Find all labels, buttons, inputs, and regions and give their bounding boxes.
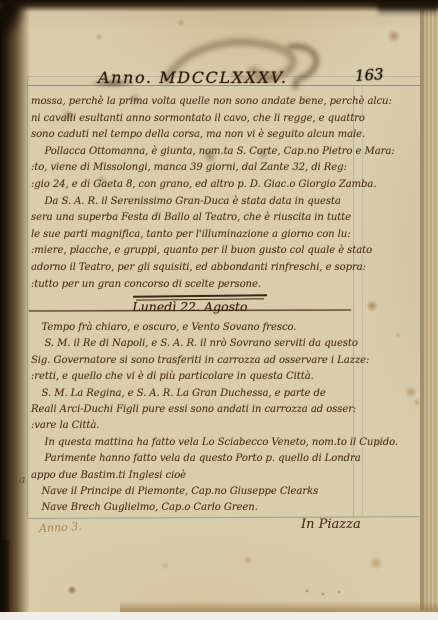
manuscript-line: adorno il Teatro, per gli squisiti, ed a…: [31, 259, 344, 276]
manuscript-line: Sig. Governatore si sono trasferiti in c…: [31, 352, 344, 368]
page-number: 163: [354, 65, 384, 85]
manuscript-line: S. M. il Re di Napoli, e S. A. R. il nrò…: [31, 335, 344, 351]
year-heading: Anno. MDCCLXXXV.: [98, 68, 288, 87]
page-edges-stack: [420, 2, 438, 612]
manuscript-line: Nave Brech Guglielmo, Cap.o Carlo Green.: [31, 499, 344, 515]
manuscript-photo: Anno. MDCCLXXXV. 163 mossa, perchè la pr…: [0, 0, 438, 620]
top-board-shadow: [0, 0, 438, 12]
manuscript-line: le sue parti magnifica, tanto per l'illu…: [31, 226, 344, 243]
place-annotation: In Piazza: [301, 517, 361, 532]
manuscript-line: :miere, placche, e gruppi, quanto per il…: [31, 242, 344, 259]
manuscript-line: :retti, e quello che vi è di più partico…: [31, 368, 344, 384]
top-left-corner-shadow: [0, 0, 26, 38]
manuscript-line: Pollacca Ottomanna, è giunta, nom.ta S. …: [31, 143, 344, 160]
entry-block-2: Tempo frà chiaro, e oscuro, e Vento Sova…: [31, 319, 357, 516]
manuscript-line: Da S. A. R. il Serenissimo Gran-Duca è s…: [31, 193, 344, 210]
manuscript-line: :gio 24, e di Gaeta 8, con grano, ed alt…: [31, 176, 344, 193]
binding-gutter-shadow: [0, 0, 30, 613]
manuscript-line: In questa mattina ha fatto vela Lo Sciab…: [31, 434, 344, 450]
bottom-left-board-edge: [0, 540, 9, 613]
manuscript-line: Tempo frà chiaro, e oscuro, e Vento Sova…: [31, 319, 344, 335]
scan-bottom-strip: [0, 612, 438, 620]
manuscript-line: mossa, perchè la prima volta quelle non …: [31, 93, 344, 110]
manuscript-line: :to, viene di Missolongi, manca 39 giorn…: [31, 159, 344, 176]
bottom-page-edge: [120, 601, 438, 612]
manuscript-line: sera una superba Festa di Ballo al Teatr…: [31, 209, 344, 226]
manuscript-line: ni cavalli esultanti anno sormontato il …: [31, 110, 344, 127]
manuscript-line: sono caduti nel tempo della corsa, ma no…: [31, 126, 344, 143]
manuscript-line: Reali Arci-Duchi Figli pure essi sono an…: [31, 401, 344, 417]
manuscript-line: :vare la Città.: [31, 417, 344, 433]
manuscript-line: Parimente hanno fatto vela da questo Por…: [31, 450, 344, 466]
manuscript-line: Nave il Principe di Piemonte, Cap.no Giu…: [31, 483, 344, 499]
date-header: Lunedì 22. Agosto: [27, 299, 353, 314]
manuscript-line: appo due Bastim.ti Inglesi cioè: [31, 467, 344, 483]
pencil-annotation: Anno 3.: [39, 520, 82, 535]
manuscript-page: Anno. MDCCLXXXV. 163 mossa, perchè la pr…: [5, 3, 438, 613]
entry-block-1: mossa, perchè la prima volta quelle non …: [31, 93, 357, 292]
manuscript-line: S. M. La Regina, e S. A. R. La Gran Duch…: [31, 385, 344, 401]
top-right-corner-shadow: [378, 0, 438, 16]
manuscript-line: :tutto per un gran concorso di scelte pe…: [31, 276, 344, 293]
